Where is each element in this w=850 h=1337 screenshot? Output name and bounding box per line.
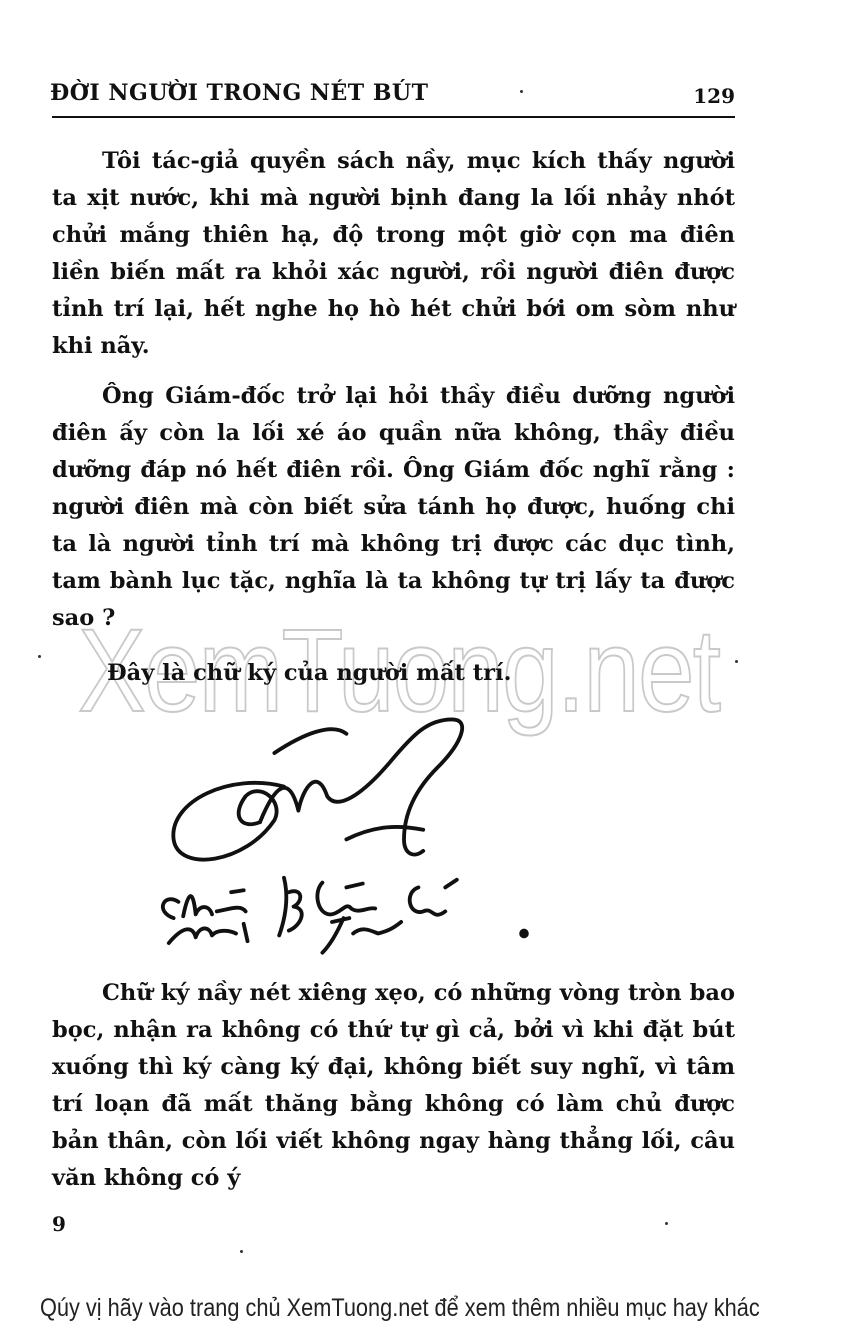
signature-mark: 9 [52,1212,66,1236]
scan-speck [735,660,738,663]
signature-image: Chữ ký của người mất trí [140,690,620,960]
scan-speck [665,1222,668,1225]
paragraph-3: Đây là chữ ký của người mất trí. [52,655,735,692]
signature-scribble-icon [140,690,620,960]
running-head: ĐỜI NGƯỜI TRONG NÉT BÚT 129 [50,80,735,110]
footer-note: Qúy vị hãy vào trang chủ XemTuong.net để… [40,1294,760,1323]
paragraph-2: Ông Giám-đốc trở lại hỏi thầy điều dưỡng… [52,378,735,637]
page-number: 129 [693,84,735,108]
scan-speck [520,90,523,93]
paragraph-4: Chữ ký nầy nét xiêng xẹo, có những vòng … [52,975,735,1197]
paragraph-1: Tôi tác-giả quyền sách nầy, mục kích thấ… [52,143,735,365]
scan-speck [38,655,41,658]
running-title: ĐỜI NGƯỜI TRONG NÉT BÚT [50,80,428,106]
header-rule [52,116,735,118]
scan-speck [240,1250,243,1253]
book-page: ĐỜI NGƯỜI TRONG NÉT BÚT 129 XemTuong.net… [0,0,850,1337]
